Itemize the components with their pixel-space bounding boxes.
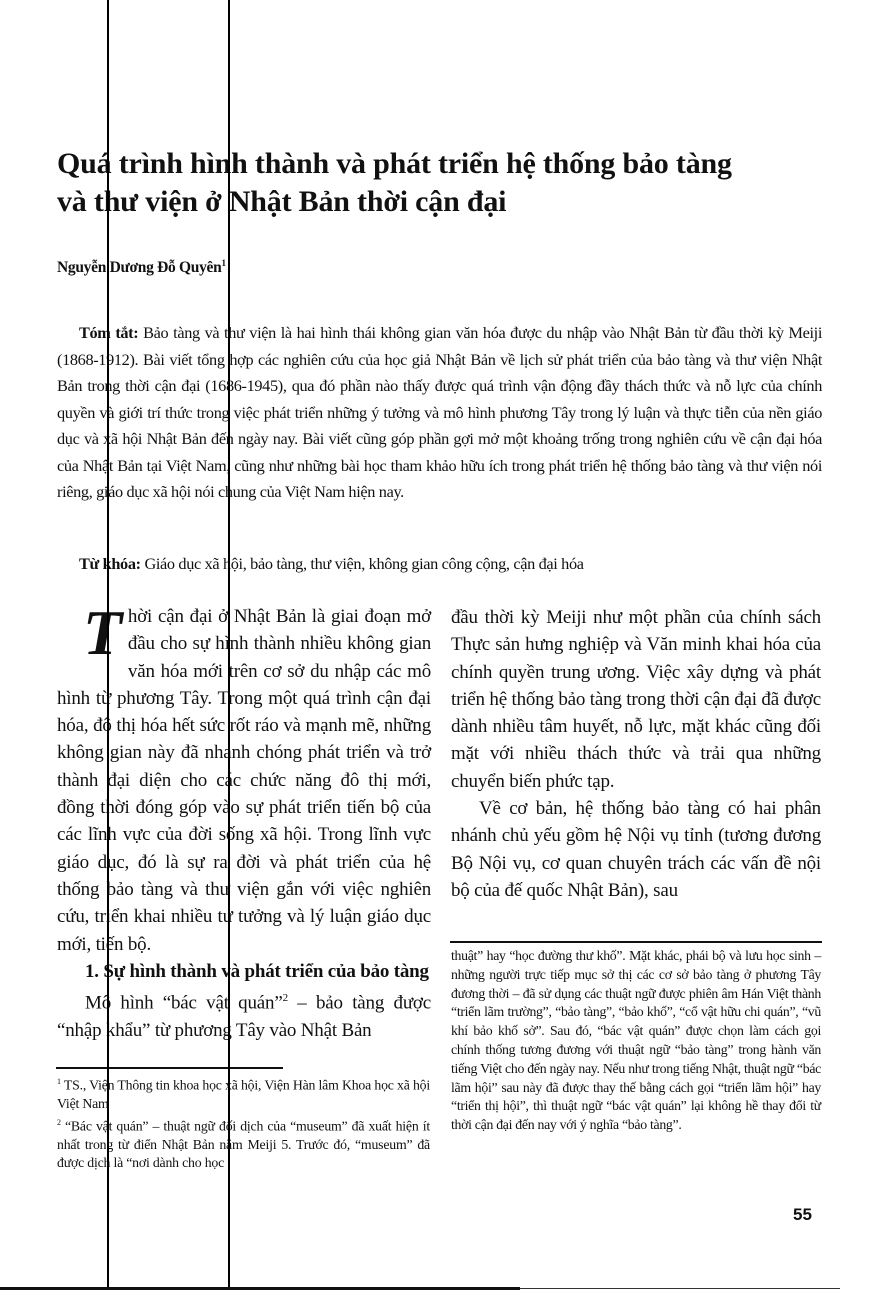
footnote-1-text: TS., Viện Thông tin khoa học xã hội, Việ… — [57, 1078, 430, 1112]
body-left-paragraph-2: Mô hình “bác vật quán”2 – bảo tàng được … — [57, 985, 431, 1044]
author-line: Nguyễn Dương Đỗ Quyên1 — [57, 258, 226, 277]
footnote-separator-left — [56, 1067, 283, 1069]
keywords-label: Từ khóa: — [79, 554, 141, 573]
author-footnote-mark: 1 — [221, 258, 225, 268]
scan-artifact-vertical-line-1 — [107, 0, 109, 1290]
drop-cap: T — [83, 607, 122, 659]
footnote-2: 2 “Bác vật quán” – thuật ngữ đối dịch củ… — [57, 1114, 430, 1173]
abstract-text: Bảo tàng và thư viện là hai hình thái kh… — [57, 323, 822, 501]
scan-artifact-vertical-line-2 — [228, 0, 230, 1290]
title-line-2: và thư viện ở Nhật Bản thời cận đại — [57, 183, 817, 221]
section-heading: 1. Sự hình thành và phát triển của bảo t… — [57, 958, 431, 985]
footnote-2-text: “Bác vật quán” – thuật ngữ đối dịch của … — [57, 1118, 430, 1170]
body-column-right: đầu thời kỳ Meiji như một phần của chính… — [451, 604, 821, 904]
article-title: Quá trình hình thành và phát triển hệ th… — [57, 145, 817, 221]
abstract: Tóm tắt: Bảo tàng và thư viện là hai hìn… — [57, 320, 822, 506]
body-right-paragraph-1: đầu thời kỳ Meiji như một phần của chính… — [451, 604, 821, 795]
footnote-separator-right — [450, 941, 822, 943]
body-column-left: Thời cận đại ở Nhật Bản là giai đoạn mở … — [57, 603, 431, 1044]
title-line-1: Quá trình hình thành và phát triển hệ th… — [57, 145, 817, 183]
scan-bottom-edge-thin — [520, 1288, 840, 1289]
body-right-paragraph-2: Về cơ bản, hệ thống bảo tàng có hai phân… — [451, 795, 821, 904]
page-number: 55 — [793, 1205, 812, 1225]
para2-text-a: Mô hình “bác vật quán” — [85, 992, 283, 1013]
footnote-2-continued: thuật” hay “học đường thư khố”. Mặt khác… — [451, 947, 821, 1135]
keywords: Từ khóa: Giáo dục xã hội, bảo tàng, thư … — [57, 551, 822, 577]
keywords-text: Giáo dục xã hội, bảo tàng, thư viện, khô… — [141, 554, 584, 573]
footnotes-left: 1 TS., Viện Thông tin khoa học xã hội, V… — [57, 1073, 430, 1173]
footnote-1: 1 TS., Viện Thông tin khoa học xã hội, V… — [57, 1073, 430, 1114]
footnotes-right: thuật” hay “học đường thư khố”. Mặt khác… — [451, 947, 821, 1135]
author-name: Nguyễn Dương Đỗ Quyên — [57, 259, 221, 276]
